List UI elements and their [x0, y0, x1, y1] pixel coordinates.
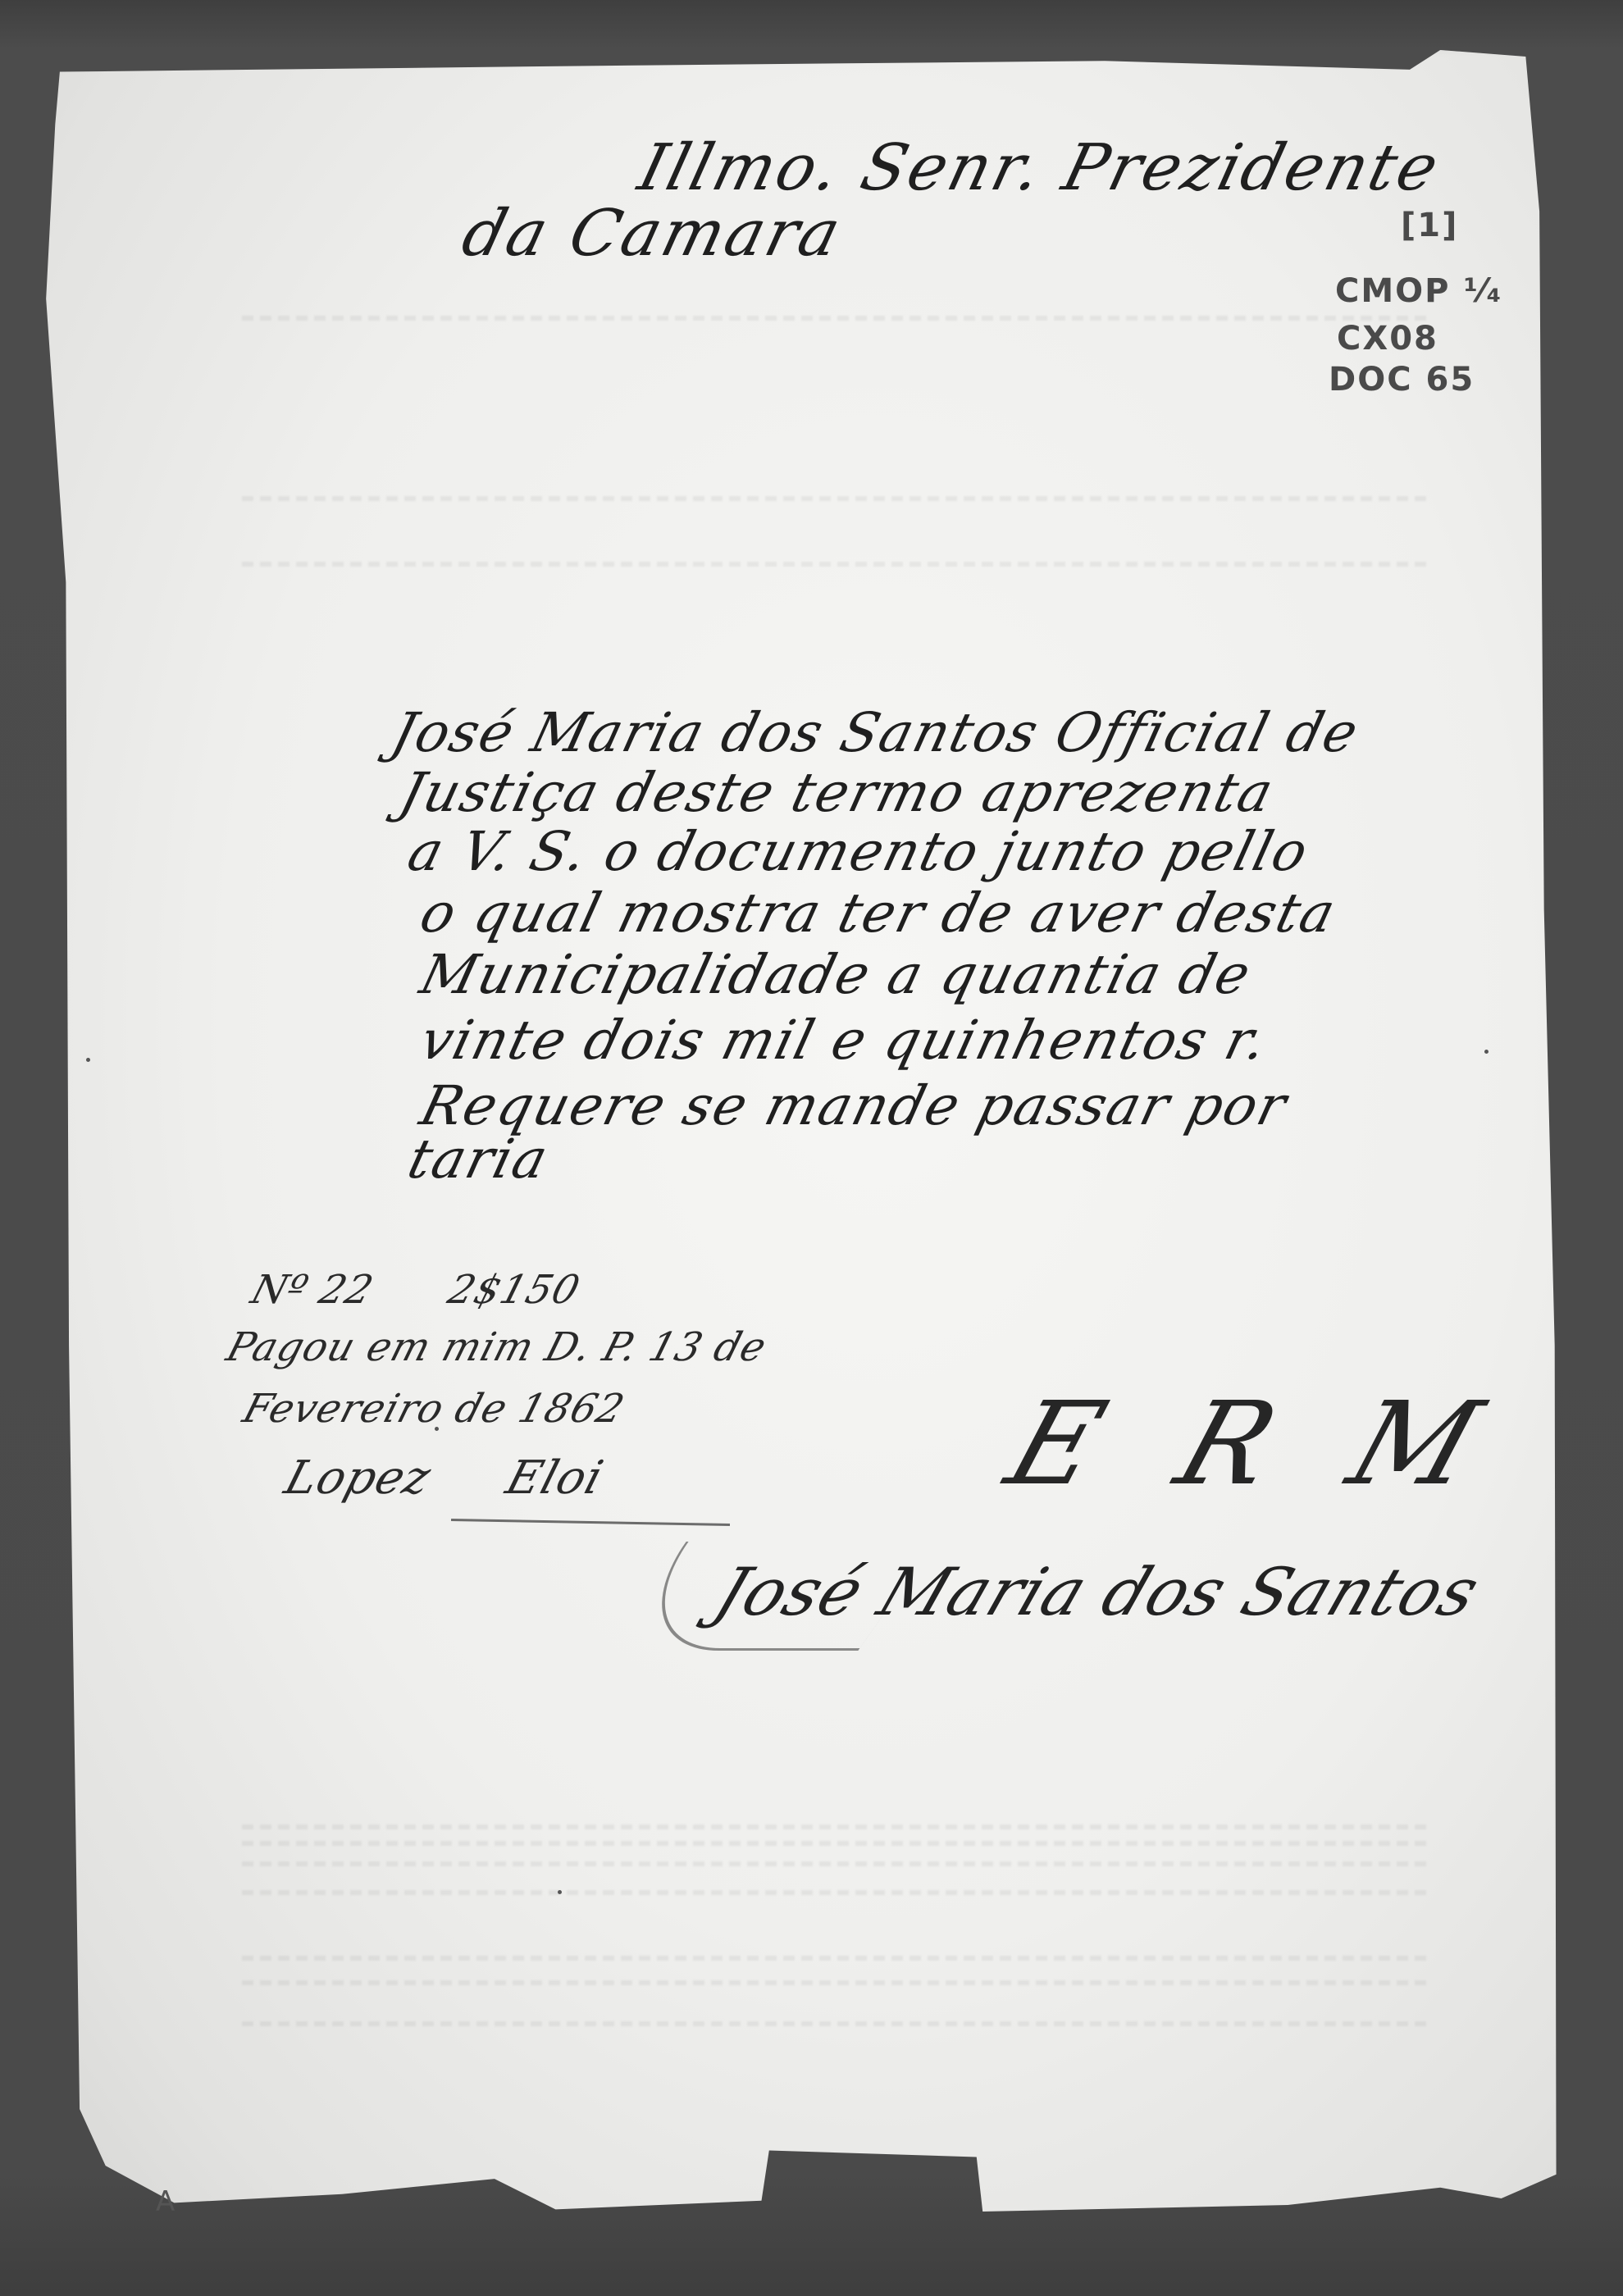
margin-signature-eloi: Eloi [500, 1451, 609, 1505]
margin-note-number: Nº 22 [246, 1267, 379, 1313]
edge-mark: A [156, 2185, 175, 2218]
bleed-through-line [242, 1956, 1431, 1961]
bleed-through-line [242, 2021, 1431, 2026]
body-line-2: Justiça deste termo aprezenta [394, 761, 1281, 824]
bleed-through-line [242, 1890, 1431, 1895]
salutation-line-1: Illmo. Senr. Prezidente [631, 131, 1447, 205]
bleed-through-line [242, 1841, 1431, 1846]
paper-speck [1484, 1050, 1489, 1054]
archival-doc-code: DOC 65 [1329, 361, 1475, 399]
bleed-through-line [242, 1824, 1431, 1829]
archival-collection-code: CMOP ¹⁄₄ [1335, 272, 1502, 310]
margin-note-amount: 2$150 [443, 1267, 586, 1313]
body-line-8: taria [402, 1127, 555, 1191]
bleed-through-line [242, 562, 1431, 567]
archival-box-code: CX08 [1337, 320, 1438, 358]
margin-signature-lopez: Lopez [279, 1451, 437, 1505]
archival-page-number: [1] [1401, 207, 1458, 244]
bleed-through-line [242, 316, 1431, 321]
body-line-6: vinte dois mil e quinhentos r. [414, 1009, 1274, 1072]
paper-speck [86, 1058, 90, 1062]
margin-note-line-2: Pagou em mim D. P. 13 de [221, 1324, 772, 1370]
closing-formula-erm: E R M [992, 1378, 1520, 1511]
salutation-line-2: da Camara [455, 197, 850, 271]
paper-speck [435, 1427, 439, 1431]
body-line-4: o qual mostra ter de aver desta [414, 881, 1343, 945]
bleed-through-line [242, 1980, 1431, 1985]
bleed-through-line [242, 1861, 1431, 1866]
margin-note-line-3: Fevereiro de 1862 [238, 1386, 630, 1432]
paper-speck [558, 1890, 562, 1894]
body-line-3: a V. S. o documento junto pello [402, 820, 1315, 883]
body-line-1: José Maria dos Santos Official de [385, 701, 1365, 764]
bleed-through-line [242, 496, 1431, 501]
signature-jose-maria-dos-santos: José Maria dos Santos [705, 1554, 1490, 1630]
body-line-5: Municipalidade a quantia de [414, 943, 1258, 1006]
